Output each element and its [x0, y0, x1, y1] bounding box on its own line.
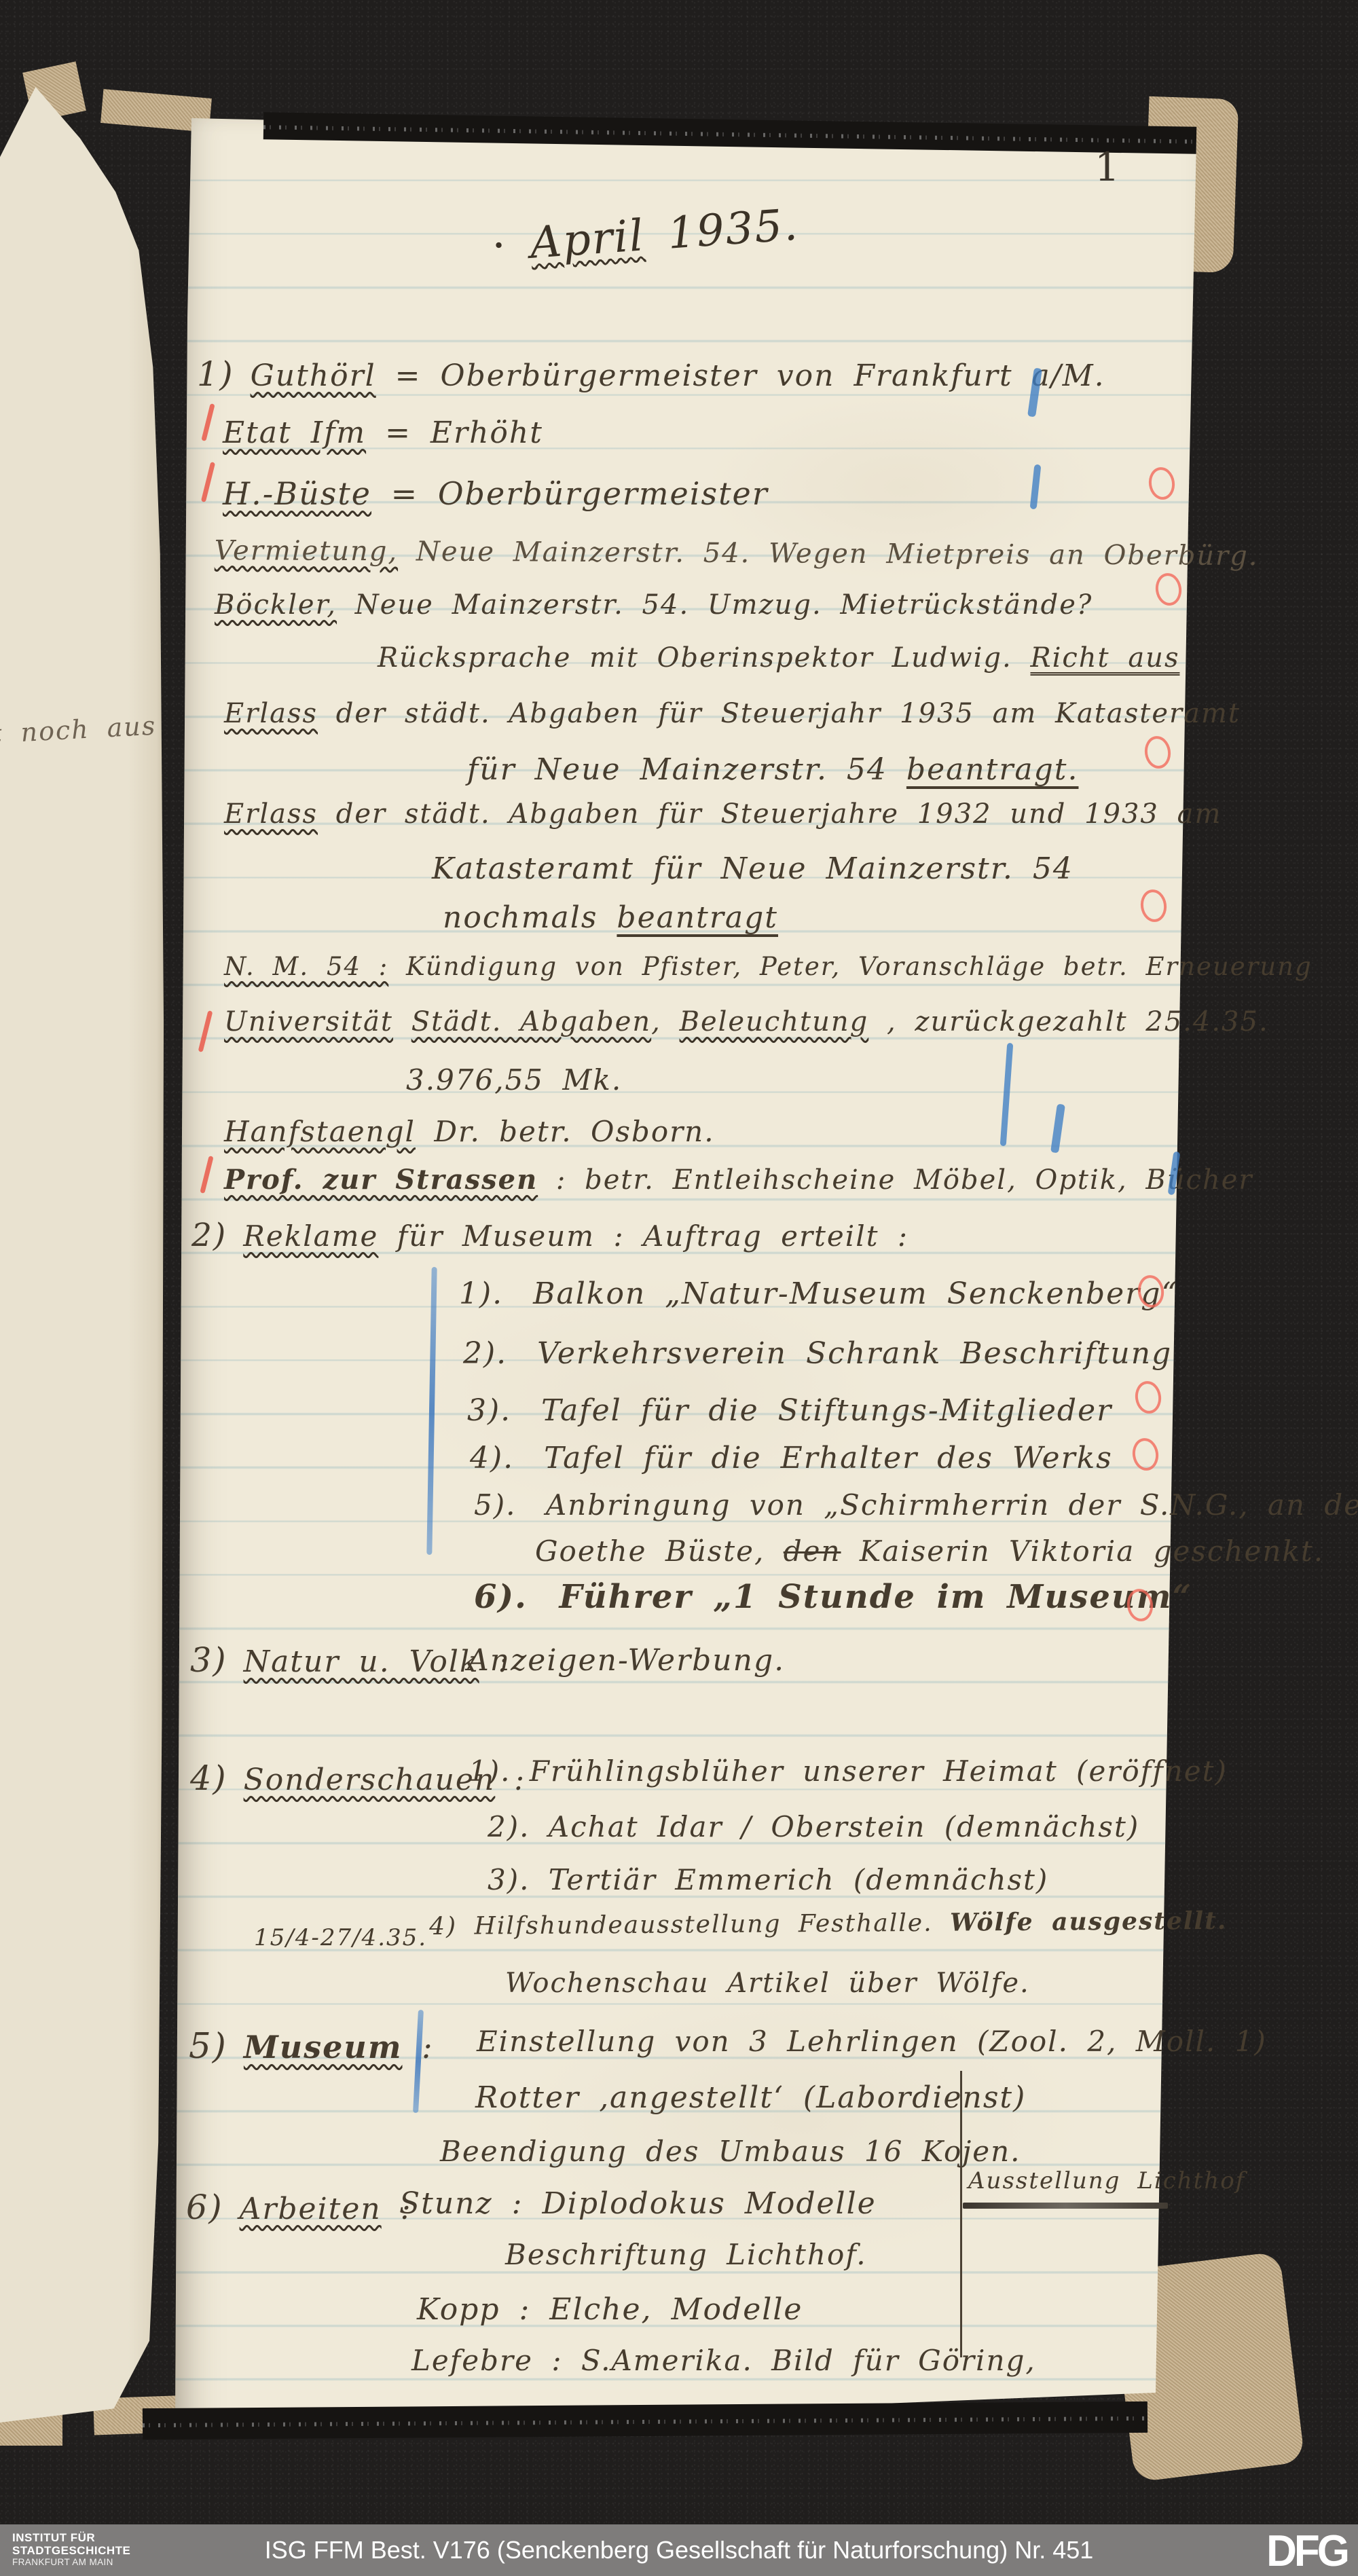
line-text: 3). Tertiär Emmerich (demnächst) — [488, 1863, 1048, 1896]
entry-number: 4) — [190, 1759, 227, 1798]
line-text: = Erhöht — [366, 416, 543, 450]
archive-caption: ISG FFM Best. V176 (Senckenberg Gesellsc… — [265, 2536, 1094, 2564]
line-text: Dr. betr. Osborn. — [416, 1115, 715, 1148]
handwriting-line: Beendigung des Umbaus 16 Kojen. — [440, 2135, 1021, 2168]
handwriting-line: 3). Tafel für die Stiftungs-Mitglieder — [467, 1393, 1112, 1428]
line-text: Kopp : Elche, Modelle — [417, 2292, 803, 2327]
line-text: = Oberbürgermeister von Frankfurt a/M. — [376, 358, 1105, 393]
line-text: Einstellung von 3 Lehrlingen (Zool. 2, M… — [477, 2025, 1267, 2058]
handwriting-line: Wochenschau Artikel über Wölfe. — [505, 1968, 1030, 1999]
subitem-number: 5). — [474, 1488, 516, 1522]
title-year: 1935. — [643, 200, 801, 261]
subitem-number: 2). — [463, 1336, 507, 1371]
handwriting-line: Einstellung von 3 Lehrlingen (Zool. 2, M… — [477, 2025, 1267, 2058]
date-text: 15/4-27/4.35. — [254, 1924, 427, 1951]
handwriting-line: N. M. 54 : Kündigung von Pfister, Peter,… — [224, 952, 1313, 981]
line-text: , zurückgezahlt 25.4.35. — [868, 1006, 1268, 1037]
line-text: Verkehrsverein Schrank Beschriftung — [518, 1336, 1172, 1371]
title-month: April — [528, 210, 646, 269]
page-number: 1 — [1095, 144, 1120, 190]
handwriting-line: 3)Natur u. Volk : — [190, 1640, 509, 1680]
underlined-word: Vermietung, — [215, 535, 399, 567]
line-text: der städt. Abgaben für Steuerjahre 1932 … — [318, 798, 1222, 830]
black-tape-bottom-edge — [143, 2402, 1148, 2440]
handwriting-line: Hanfstaengl Dr. betr. Osborn. — [224, 1115, 715, 1148]
handwriting-line: 3). Tertiär Emmerich (demnächst) — [488, 1863, 1048, 1896]
handwriting-line: 2). Verkehrsverein Schrank Beschriftung — [463, 1336, 1172, 1371]
annotation-underline — [963, 2203, 1168, 2209]
line-text: der städt. Abgaben für Steuerjahr 1935 a… — [318, 698, 1241, 729]
double-underlined-word: Richt aus — [1030, 642, 1179, 674]
entry-number: 6) — [186, 2188, 223, 2227]
line-text: Rotter ‚angestellt‘ (Labordienst) — [475, 2080, 1026, 2115]
handwriting-line: Rücksprache mit Oberinspektor Ludwig. Ri… — [378, 642, 1179, 674]
handwriting-line: Kopp : Elche, Modelle — [417, 2292, 803, 2327]
handwriting-line: nochmals beantragt — [443, 900, 778, 935]
underlined-word: H.-Büste — [223, 475, 371, 512]
line-text: für Museum : Auftrag erteilt : — [378, 1219, 909, 1253]
handwriting-line: 4) Hilfshundeausstellung Festhalle. Wölf… — [429, 1907, 1227, 1940]
underlined-word: Etat Ifm — [223, 416, 366, 450]
line-text: Beschriftung Lichthof. — [505, 2238, 867, 2271]
line-text: Wochenschau Artikel über Wölfe. — [505, 1968, 1030, 1999]
line-text: Kaiserin Viktoria geschenkt. — [841, 1534, 1325, 1568]
underlined-word: Hanfstaengl — [224, 1115, 416, 1148]
line-text: Tafel für die Stiftungs-Mitglieder — [522, 1393, 1112, 1428]
line-text: 4) Hilfshundeausstellung Festhalle. — [429, 1909, 950, 1940]
underlined-word: N. M. 54 : — [224, 952, 388, 981]
subitem-number: 6). — [474, 1578, 528, 1616]
line-text: Neue Mainzerstr. 54. Wegen Mietpreis an … — [398, 536, 1259, 572]
handwriting-line: 1). Frühlingsblüher unserer Heimat (eröf… — [469, 1754, 1228, 1788]
entry-number: 1) — [197, 354, 234, 394]
dfg-logo: DFG — [1266, 2526, 1347, 2576]
underlined-word: Reklame — [243, 1219, 378, 1253]
line-text: Katasteramt für Neue Mainzerstr. 54 — [432, 851, 1073, 886]
underlined-word: Guthörl — [251, 358, 376, 393]
title-dot: · — [490, 220, 509, 271]
underlined-word: Böckler, — [215, 589, 337, 621]
handwriting-line: 2)Reklame für Museum : Auftrag erteilt : — [191, 1217, 909, 1254]
line-text: Anbringung von „Schirmherrin der S.N.G.,… — [527, 1488, 1358, 1522]
subitem-number: 4). — [470, 1441, 514, 1475]
underlined-word: Natur u. Volk — [244, 1644, 479, 1679]
underlined-word: Museum — [244, 2029, 403, 2065]
previous-page-edge — [0, 87, 178, 2423]
handwriting-line: Etat Ifm = Erhöht — [223, 416, 543, 450]
footer-bar: INSTITUT FÜR STADTGESCHICHTE FRANKFURT A… — [0, 2524, 1358, 2576]
underlined-word: Arbeiten — [240, 2192, 382, 2226]
struck-word: den — [784, 1534, 841, 1568]
underlined-word: Universität — [224, 1006, 393, 1037]
entry-number: 2) — [191, 1217, 227, 1254]
handwriting-line: 5). Anbringung von „Schirmherrin der S.N… — [474, 1488, 1358, 1522]
handwriting-line: 6)Arbeiten : — [186, 2188, 412, 2227]
handwriting-line: Goethe Büste, den Kaiserin Viktoria gesc… — [535, 1534, 1324, 1568]
line-text: Rücksprache mit Oberinspektor Ludwig. — [378, 642, 1030, 674]
handwriting-line: für Neue Mainzerstr. 54 beantragt. — [467, 752, 1078, 787]
institute-line2: STADTGESCHICHTE — [12, 2544, 130, 2557]
handwriting-line: 4). Tafel für die Erhalter des Werks — [470, 1441, 1113, 1475]
book-scan-photo: lt noch aus 1 ·April 1935. 1)Guthörl = O… — [0, 0, 1358, 2576]
line-text: Beendigung des Umbaus 16 Kojen. — [440, 2135, 1021, 2168]
line-text: Stunz : Diplodokus Modelle — [399, 2186, 877, 2221]
annotation-text: Ausstellung Lichthof — [968, 2167, 1245, 2194]
ink-vertical-line — [960, 2071, 962, 2357]
margin-date: 15/4-27/4.35. — [254, 1924, 427, 1951]
line-text: nochmals — [443, 900, 617, 935]
line-text: Goethe Büste, — [535, 1534, 784, 1568]
line-text: Neue Mainzerstr. 54. Umzug. Mietrückstän… — [337, 589, 1093, 621]
handwriting-line: 6). Führer „1 Stunde im Museum“ — [474, 1578, 1192, 1616]
handwriting-line: Rotter ‚angestellt‘ (Labordienst) — [475, 2080, 1026, 2115]
line-text: für Neue Mainzerstr. 54 — [467, 752, 906, 787]
handwriting-line: Anzeigen-Werbung. — [467, 1643, 785, 1678]
line-text: : betr. Entleihscheine Möbel, Optik, Büc… — [538, 1164, 1253, 1196]
line-text: = Oberbürgermeister — [371, 475, 769, 512]
handwriting-line: Universität Städt. Abgaben, Beleuchtung … — [224, 1006, 1269, 1037]
handwriting-line: Erlass der städt. Abgaben für Steuerjahr… — [224, 798, 1222, 830]
line-text: 3.976,55 Mk. — [406, 1063, 622, 1097]
handwriting-line: Böckler, Neue Mainzerstr. 54. Umzug. Mie… — [215, 589, 1093, 621]
handwriting-line: 1). Balkon „Natur-Museum Senckenberg“ — [459, 1276, 1178, 1311]
line-text: Tafel für die Erhalter des Werks — [525, 1441, 1113, 1475]
handwriting-line: Stunz : Diplodokus Modelle — [399, 2186, 877, 2221]
handwriting-line: Beschriftung Lichthof. — [505, 2238, 867, 2271]
line-text: Lefebre : S.Amerika. Bild für Göring, — [411, 2344, 1036, 2377]
handwriting-line: Lefebre : S.Amerika. Bild für Göring, — [411, 2344, 1036, 2377]
underlined-word: Erlass — [224, 698, 318, 729]
underlined-word: Beleuchtung — [680, 1006, 869, 1037]
line-text: Führer „1 Stunde im Museum“ — [538, 1578, 1192, 1616]
entry-number: 3) — [190, 1640, 227, 1680]
line-text: Kündigung von Pfister, Peter, Voranschlä… — [388, 952, 1312, 981]
underlined-word: Erlass — [224, 798, 318, 830]
underlined-word: Sonderschauen — [244, 1763, 496, 1797]
underlined-word: beantragt — [617, 900, 778, 935]
line-text: Anzeigen-Werbung. — [467, 1643, 785, 1678]
handwriting-line: Vermietung, Neue Mainzerstr. 54. Wegen M… — [215, 535, 1259, 572]
line-text: , — [651, 1006, 679, 1037]
handwriting-line: 2). Achat Idar / Oberstein (demnächst) — [488, 1810, 1139, 1843]
handwriting-line: H.-Büste = Oberbürgermeister — [223, 475, 769, 512]
line-text: 2). Achat Idar / Oberstein (demnächst) — [488, 1810, 1139, 1843]
underlined-word: beantragt. — [906, 752, 1079, 787]
handwriting-line: Erlass der städt. Abgaben für Steuerjahr… — [224, 698, 1241, 729]
handwriting-line: 1)Guthörl = Oberbürgermeister von Frankf… — [197, 354, 1105, 394]
emphasized-text: Wölfe ausgestellt. — [950, 1907, 1228, 1937]
underlined-name: Prof. zur Strassen — [224, 1164, 538, 1196]
entry-number: 5) — [189, 2026, 227, 2067]
subitem-number: 1). — [459, 1276, 503, 1311]
line-text — [393, 1006, 411, 1037]
underlined-word: Städt. Abgaben — [411, 1006, 651, 1037]
institute-line1: INSTITUT FÜR — [12, 2531, 130, 2544]
handwriting-line: Prof. zur Strassen : betr. Entleihschein… — [224, 1164, 1253, 1196]
line-text: 1). Frühlingsblüher unserer Heimat (eröf… — [469, 1754, 1228, 1788]
institute-logo: INSTITUT FÜR STADTGESCHICHTE FRANKFURT A… — [12, 2531, 130, 2567]
institute-line3: FRANKFURT AM MAIN — [12, 2557, 130, 2567]
handwriting-line: 5)Museum : — [189, 2026, 434, 2067]
subitem-number: 3). — [467, 1393, 511, 1428]
line-text: Balkon „Natur-Museum Senckenberg“ — [514, 1276, 1178, 1311]
handwriting-line: Katasteramt für Neue Mainzerstr. 54 — [432, 851, 1073, 886]
handwriting-line: 3.976,55 Mk. — [406, 1063, 622, 1097]
margin-annotation: Ausstellung Lichthof — [968, 2167, 1245, 2194]
